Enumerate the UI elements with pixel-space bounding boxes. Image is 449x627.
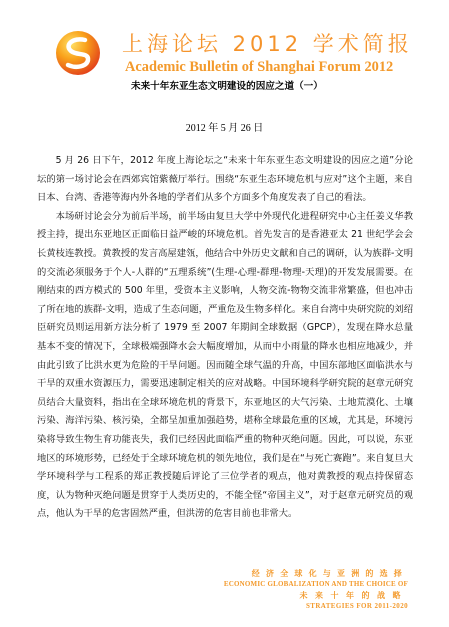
page-footer: 经济全球化与亚洲的选择 ECONOMIC GLOBALIZATION AND T… — [220, 568, 408, 612]
paragraph-1: 5 月 26 日下午，2012 年度上海论坛之“未来十年东亚生态文明建设的因应之… — [37, 152, 413, 208]
article-body: 5 月 26 日下午，2012 年度上海论坛之“未来十年东亚生态文明建设的因应之… — [37, 152, 413, 524]
paragraph-2: 本场研讨论会分为前后半场，前半场由复旦大学中外现代化进程研究中心主任姜义华教授主… — [37, 208, 413, 524]
article-subtitle: 未来十年东亚生态文明建设的因应之道（一） — [131, 81, 323, 93]
footer-theme-en-1: ECONOMIC GLOBALIZATION AND THE CHOICE OF — [220, 579, 408, 590]
document-page: 上海论坛 2012 学术简报 Academic Bulletin of Shan… — [0, 0, 449, 627]
bulletin-title-english: Academic Bulletin of Shanghai Forum 2012 — [125, 59, 393, 75]
footer-theme-cn-2: 未来十年的战略 — [220, 590, 408, 601]
footer-theme-en-2: STRATEGIES FOR 2011-2020 — [220, 601, 408, 612]
bulletin-title-chinese: 上海论坛 2012 学术简报 — [122, 32, 413, 56]
shanghai-forum-logo-icon — [55, 30, 101, 76]
footer-theme-cn-1: 经济全球化与亚洲的选择 — [220, 568, 408, 579]
article-date: 2012 年 5 月 26 日 — [0, 123, 449, 135]
